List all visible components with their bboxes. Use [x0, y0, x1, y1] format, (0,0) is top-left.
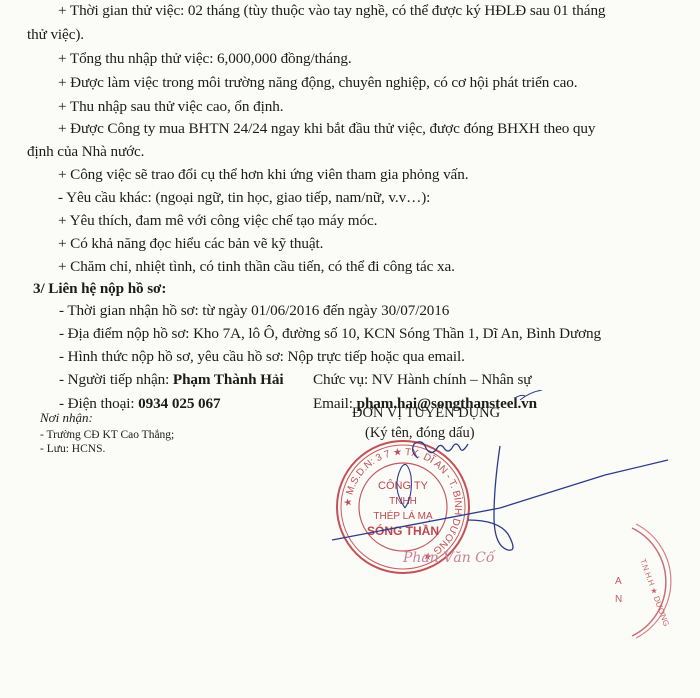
svg-text:A: A: [615, 576, 622, 587]
svg-text:N: N: [615, 594, 622, 605]
signer-name: Phan Văn Cố: [403, 550, 494, 566]
contact-period: - Thời gian nhận hồ sơ: từ ngày 01/06/20…: [59, 302, 449, 320]
recipient-item: - Lưu: HCNS.: [40, 442, 105, 456]
insurance: + Được Công ty mua BHTN 24/24 ngay khi b…: [58, 120, 595, 138]
requirement-item: + Yêu thích, đam mê với công việc chế tạ…: [58, 212, 377, 230]
probation-income: + Tổng thu nhập thử việc: 6,000,000 đồng…: [58, 50, 352, 68]
contact-heading: 3/ Liên hệ nộp hồ sơ:: [33, 280, 166, 298]
contact-location: - Địa điểm nộp hồ sơ: Kho 7A, lô Ô, đườn…: [59, 325, 601, 343]
requirement-item: + Chăm chỉ, nhiệt tình, có tinh thần cầu…: [58, 258, 455, 276]
receiver-label: - Người tiếp nhận:: [59, 371, 173, 388]
requirement-item: + Có khả năng đọc hiểu các bản vẽ kỹ thu…: [58, 235, 323, 253]
position-label: Chức vụ: NV Hành chính – Nhân sự: [313, 371, 531, 389]
insurance-cont: định của Nhà nước.: [27, 143, 144, 161]
contact-method: - Hình thức nộp hồ sơ, yêu cầu hồ sơ: Nộ…: [59, 348, 465, 366]
recipients-label: Nơi nhận:: [40, 411, 93, 425]
post-income: + Thu nhập sau thử việc cao, ổn định.: [58, 98, 283, 116]
recipient-item: - Trường CĐ KT Cao Thắng;: [40, 428, 174, 442]
partial-stamp: A N T.N.H.H ★ DƯƠNG: [600, 520, 700, 640]
details: + Công việc sẽ trao đổi cụ thể hơn khi ứ…: [58, 166, 468, 184]
probation-period: + Thời gian thử việc: 02 tháng (tùy thuộ…: [58, 2, 605, 20]
document-page: + Thời gian thử việc: 02 tháng (tùy thuộ…: [0, 0, 700, 698]
probation-period-cont: thử việc).: [27, 26, 84, 44]
receiver-row: - Người tiếp nhận: Phạm Thành Hải: [59, 371, 283, 389]
environment: + Được làm việc trong môi trường năng độ…: [58, 74, 577, 92]
receiver-name: Phạm Thành Hải: [173, 371, 284, 388]
phone-number: 0934 025 067: [138, 395, 220, 412]
other-requirements-label: - Yêu cầu khác: (ngoại ngữ, tin học, gia…: [58, 189, 430, 207]
